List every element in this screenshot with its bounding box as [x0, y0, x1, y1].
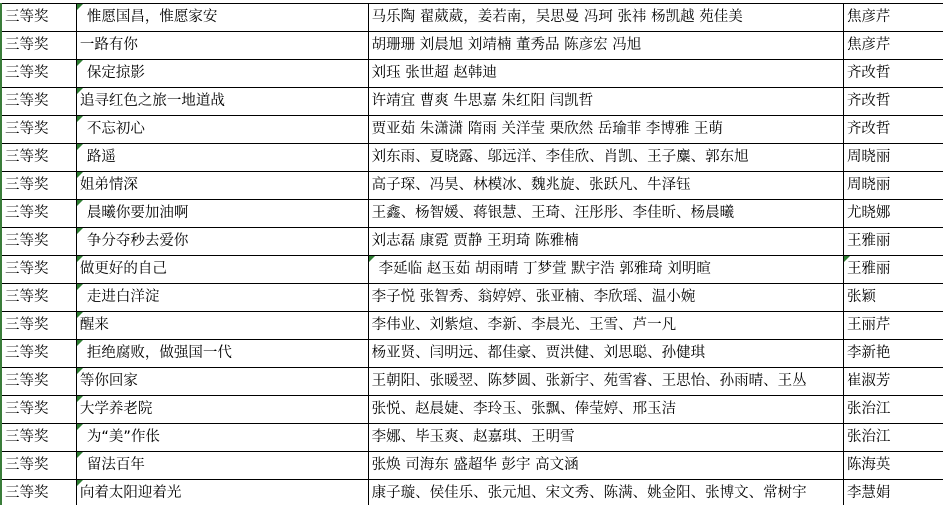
table-row: 三等奖不忘初心贾亚茹 朱潇潇 隋雨 关洋莹 栗欣然 岳瑜菲 李博雅 王萌齐改哲 — [1, 116, 943, 144]
cell-award[interactable]: 三等奖 — [1, 368, 76, 396]
cell-work-title[interactable]: 保定掠影 — [76, 60, 368, 88]
cell-members[interactable]: 马乐陶 翟葳葳，姜若南，吴思曼 冯珂 张祎 杨凯越 苑佳美 — [368, 4, 843, 32]
cell-teacher[interactable]: 齐改哲 — [843, 60, 943, 88]
cell-work-title[interactable]: 做更好的自己 — [76, 256, 368, 284]
cell-award[interactable]: 三等奖 — [1, 4, 76, 32]
cell-members[interactable]: 刘志磊 康霓 贾静 王玥琦 陈雅楠 — [368, 228, 843, 256]
cell-teacher[interactable]: 陈海英 — [843, 452, 943, 480]
cell-members[interactable]: 王鑫、杨智媛、蒋银慧、王琦、汪彤彤、李佳昕、杨晨曦 — [368, 200, 843, 228]
cell-work-title[interactable]: 路遥 — [76, 144, 368, 172]
cell-members[interactable]: 王朝阳、张暖翌、陈梦圆、张新宇、苑雪睿、王思怡、孙雨晴、王丛 — [368, 368, 843, 396]
cell-members[interactable]: 张悦、赵晨婕、李玲玉、张飘、俸莹婷、邢玉洁 — [368, 396, 843, 424]
table-row: 三等奖追寻红色之旅一地道战许靖宜 曹爽 牛思嘉 朱红阳 闫凯哲齐改哲 — [1, 88, 943, 116]
cell-work-title[interactable]: 留法百年 — [76, 452, 368, 480]
cell-work-title[interactable]: 走进白洋淀 — [76, 284, 368, 312]
table-row: 三等奖向着太阳迎着光康子璇、侯佳乐、张元旭、宋文秀、陈满、姚金阳、张博文、常树宇… — [1, 480, 943, 505]
cell-work-title[interactable]: 拒绝腐败，做强国一代 — [76, 340, 368, 368]
cell-teacher[interactable]: 崔淑芳 — [843, 368, 943, 396]
cell-members[interactable]: 高子琛、冯昊、林模冰、魏兆旋、张跃凡、牛泽钰 — [368, 172, 843, 200]
cell-members[interactable]: 康子璇、侯佳乐、张元旭、宋文秀、陈满、姚金阳、张博文、常树宇 — [368, 480, 843, 505]
cell-teacher[interactable]: 张治江 — [843, 396, 943, 424]
cell-award[interactable]: 三等奖 — [1, 452, 76, 480]
cell-work-title[interactable]: 追寻红色之旅一地道战 — [76, 88, 368, 116]
cell-award[interactable]: 三等奖 — [1, 396, 76, 424]
cell-award[interactable]: 三等奖 — [1, 480, 76, 505]
table-row: 三等奖保定掠影刘珏 张世超 赵韩迪齐改哲 — [1, 60, 943, 88]
cell-members[interactable]: 李伟业、刘紫煊、李新、李晨光、王雪、芦一凡 — [368, 312, 843, 340]
cell-members[interactable]: 贾亚茹 朱潇潇 隋雨 关洋莹 栗欣然 岳瑜菲 李博雅 王萌 — [368, 116, 843, 144]
cell-teacher[interactable]: 齐改哲 — [843, 116, 943, 144]
cell-teacher[interactable]: 尤晓娜 — [843, 200, 943, 228]
spreadsheet-grid: 三等奖惟愿国昌，惟愿家安马乐陶 翟葳葳，姜若南，吴思曼 冯珂 张祎 杨凯越 苑佳… — [0, 3, 943, 505]
table-row: 三等奖走进白洋淀李子悦 张智秀、翁婷婷、张亚楠、李欣瑶、温小婉张颖 — [1, 284, 943, 312]
cell-award[interactable]: 三等奖 — [1, 228, 76, 256]
table-row: 三等奖晨曦你要加油啊王鑫、杨智媛、蒋银慧、王琦、汪彤彤、李佳昕、杨晨曦尤晓娜 — [1, 200, 943, 228]
cell-work-title[interactable]: 姐弟情深 — [76, 172, 368, 200]
cell-members[interactable]: 许靖宜 曹爽 牛思嘉 朱红阳 闫凯哲 — [368, 88, 843, 116]
cell-members[interactable]: 刘东雨、夏晓露、邬远洋、李佳欣、肖凯、王子麋、郭东旭 — [368, 144, 843, 172]
cell-award[interactable]: 三等奖 — [1, 312, 76, 340]
cell-teacher[interactable]: 张颖 — [843, 284, 943, 312]
cell-award[interactable]: 三等奖 — [1, 256, 76, 284]
cell-award[interactable]: 三等奖 — [1, 284, 76, 312]
table-row: 三等奖大学养老院张悦、赵晨婕、李玲玉、张飘、俸莹婷、邢玉洁张治江 — [1, 396, 943, 424]
cell-members[interactable]: 李延临 赵玉茹 胡雨晴 丁梦萱 默宇浩 郭雅琦 刘明暄 — [368, 256, 843, 284]
grid-body: 三等奖惟愿国昌，惟愿家安马乐陶 翟葳葳，姜若南，吴思曼 冯珂 张祎 杨凯越 苑佳… — [1, 4, 943, 505]
table-row: 三等奖等你回家王朝阳、张暖翌、陈梦圆、张新宇、苑雪睿、王思怡、孙雨晴、王丛崔淑芳 — [1, 368, 943, 396]
table-row: 三等奖争分夺秒去爱你刘志磊 康霓 贾静 王玥琦 陈雅楠王雅丽 — [1, 228, 943, 256]
cell-teacher[interactable]: 焦彦芹 — [843, 4, 943, 32]
cell-work-title[interactable]: 争分夺秒去爱你 — [76, 228, 368, 256]
cell-teacher[interactable]: 周晓丽 — [843, 144, 943, 172]
cell-work-title[interactable]: 为“美”作伥 — [76, 424, 368, 452]
table-row: 三等奖留法百年张焕 司海东 盛超华 彭宇 高文涵陈海英 — [1, 452, 943, 480]
table-row: 三等奖一路有你胡珊珊 刘晨旭 刘靖楠 董秀品 陈彦宏 冯旭焦彦芹 — [1, 32, 943, 60]
cell-members[interactable]: 李娜、毕玉爽、赵嘉琪、王明雪 — [368, 424, 843, 452]
cell-members[interactable]: 刘珏 张世超 赵韩迪 — [368, 60, 843, 88]
cell-award[interactable]: 三等奖 — [1, 88, 76, 116]
cell-award[interactable]: 三等奖 — [1, 32, 76, 60]
cell-work-title[interactable]: 一路有你 — [76, 32, 368, 60]
cell-teacher[interactable]: 李新艳 — [843, 340, 943, 368]
cell-members[interactable]: 胡珊珊 刘晨旭 刘靖楠 董秀品 陈彦宏 冯旭 — [368, 32, 843, 60]
cell-award[interactable]: 三等奖 — [1, 200, 76, 228]
cell-work-title[interactable]: 向着太阳迎着光 — [76, 480, 368, 505]
cell-work-title[interactable]: 晨曦你要加油啊 — [76, 200, 368, 228]
cell-teacher[interactable]: 王雅丽 — [843, 228, 943, 256]
cell-teacher[interactable]: 王丽芹 — [843, 312, 943, 340]
table-row: 三等奖做更好的自己李延临 赵玉茹 胡雨晴 丁梦萱 默宇浩 郭雅琦 刘明暄王雅丽 — [1, 256, 943, 284]
cell-members[interactable]: 李子悦 张智秀、翁婷婷、张亚楠、李欣瑶、温小婉 — [368, 284, 843, 312]
table-row: 三等奖醒来李伟业、刘紫煊、李新、李晨光、王雪、芦一凡王丽芹 — [1, 312, 943, 340]
cell-award[interactable]: 三等奖 — [1, 340, 76, 368]
cell-award[interactable]: 三等奖 — [1, 424, 76, 452]
cell-members[interactable]: 杨亚贤、闫明远、都佳豪、贾洪健、刘思聪、孙健琪 — [368, 340, 843, 368]
cell-teacher[interactable]: 李慧娟 — [843, 480, 943, 505]
cell-teacher[interactable]: 齐改哲 — [843, 88, 943, 116]
cell-teacher[interactable]: 焦彦芹 — [843, 32, 943, 60]
cell-award[interactable]: 三等奖 — [1, 60, 76, 88]
cell-work-title[interactable]: 惟愿国昌，惟愿家安 — [76, 4, 368, 32]
table-row: 三等奖姐弟情深高子琛、冯昊、林模冰、魏兆旋、张跃凡、牛泽钰周晓丽 — [1, 172, 943, 200]
cell-work-title[interactable]: 不忘初心 — [76, 116, 368, 144]
table-row: 三等奖拒绝腐败，做强国一代杨亚贤、闫明远、都佳豪、贾洪健、刘思聪、孙健琪李新艳 — [1, 340, 943, 368]
cell-award[interactable]: 三等奖 — [1, 116, 76, 144]
cell-teacher[interactable]: 周晓丽 — [843, 172, 943, 200]
cell-award[interactable]: 三等奖 — [1, 144, 76, 172]
cell-work-title[interactable]: 等你回家 — [76, 368, 368, 396]
cell-work-title[interactable]: 醒来 — [76, 312, 368, 340]
table-row: 三等奖惟愿国昌，惟愿家安马乐陶 翟葳葳，姜若南，吴思曼 冯珂 张祎 杨凯越 苑佳… — [1, 4, 943, 32]
table-row: 三等奖路遥刘东雨、夏晓露、邬远洋、李佳欣、肖凯、王子麋、郭东旭周晓丽 — [1, 144, 943, 172]
cell-work-title[interactable]: 大学养老院 — [76, 396, 368, 424]
cell-members[interactable]: 张焕 司海东 盛超华 彭宇 高文涵 — [368, 452, 843, 480]
cell-teacher[interactable]: 王雅丽 — [843, 256, 943, 284]
cell-teacher[interactable]: 张治江 — [843, 424, 943, 452]
cell-award[interactable]: 三等奖 — [1, 172, 76, 200]
table-row: 三等奖为“美”作伥李娜、毕玉爽、赵嘉琪、王明雪张治江 — [1, 424, 943, 452]
